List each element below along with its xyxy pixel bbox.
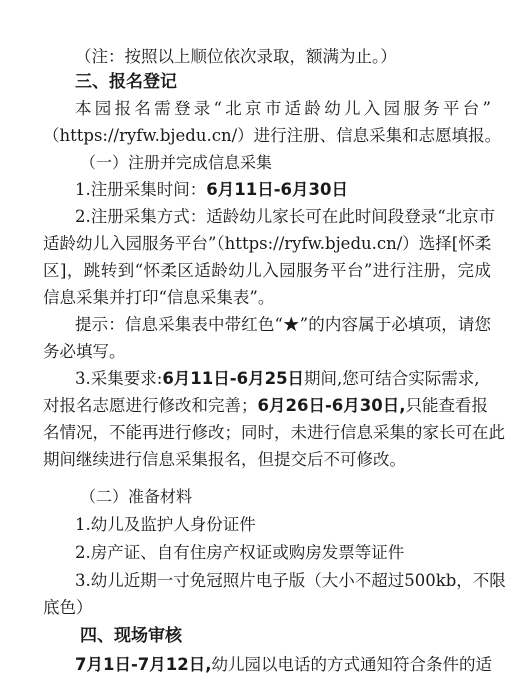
item3-label: 3.采集要求: <box>75 369 162 388</box>
tip-line2: 务必填写。 <box>43 338 491 365</box>
item3-text1: 期间,您可结合实际需求, <box>304 369 480 388</box>
sub1-item2-line3: 区]，跳转到“怀柔区适龄幼儿入园服务平台”进行注册，完成 <box>43 257 491 284</box>
admission-note: （注：按照以上顺位依次录取，额满为止。） <box>75 43 520 70</box>
item3-date-range2: 6月26日-6月30日, <box>258 396 406 415</box>
item1-date-range: 6月11日-6月30日 <box>206 180 348 199</box>
sub1-item3-line1: 3.采集要求:6月11日-6月25日期间,您可结合实际需求, <box>75 365 491 392</box>
sub1-item3-line4: 期间继续进行信息采集报名，但提交后不可修改。 <box>43 446 491 473</box>
sub1-item3-line3: 名情况，不能再进行修改；同时，未进行信息采集的家长可在此 <box>43 419 491 446</box>
section4-text: 幼儿园以电话的方式通知符合条件的适 <box>212 655 493 674</box>
section4-line1: 7月1日-7月12日,幼儿园以电话的方式通知符合条件的适 <box>75 651 491 678</box>
tip-line1: 提示：信息采集表中带红色“★”的内容属于必填项，请您 <box>75 311 491 338</box>
sub2-item3-line2: 底色） <box>43 594 491 621</box>
item1-label: 1.注册采集时间： <box>75 180 206 199</box>
sub1-heading: （一）注册并完成信息采集 <box>80 149 520 176</box>
sub1-item1: 1.注册采集时间：6月11日-6月30日 <box>75 176 520 203</box>
section4-heading: 四、现场审核 <box>80 623 520 650</box>
sub1-item2-line4: 信息采集并打印“信息采集表”。 <box>43 284 491 311</box>
sub2-item2: 2.房产证、自有住房产权证或购房发票等证件 <box>75 539 520 566</box>
section4-date-range: 7月1日-7月12日, <box>75 655 212 674</box>
sub2-item1: 1.幼儿及监护人身份证件 <box>75 511 520 538</box>
section3-intro-line1: 本园报名需登录“北京市适龄幼儿入园服务平台” <box>75 95 491 122</box>
section3-heading: 三、报名登记 <box>75 69 520 96</box>
item3-line2-post: 只能查看报 <box>406 396 489 415</box>
sub2-heading: （二）准备材料 <box>80 483 520 510</box>
sub1-item2-line1: 2.注册采集方式：适龄幼儿家长可在此时间段登录“北京市 <box>75 203 491 230</box>
item3-date-range1: 6月11日-6月25日 <box>162 369 304 388</box>
item3-line2-pre: 对报名志愿进行修改和完善； <box>43 396 258 415</box>
sub2-item3-line1: 3.幼儿近期一寸免冠照片电子版（大小不超过500kb，不限 <box>75 567 491 594</box>
section3-intro-line2: （https://ryfw.bjedu.cn/）进行注册、信息采集和志愿填报。 <box>43 122 491 149</box>
sub1-item2-line2: 适龄幼儿入园服务平台”（https://ryfw.bjedu.cn/）选择[怀柔 <box>43 230 491 257</box>
sub1-item3-line2: 对报名志愿进行修改和完善；6月26日-6月30日,只能查看报 <box>43 392 491 419</box>
